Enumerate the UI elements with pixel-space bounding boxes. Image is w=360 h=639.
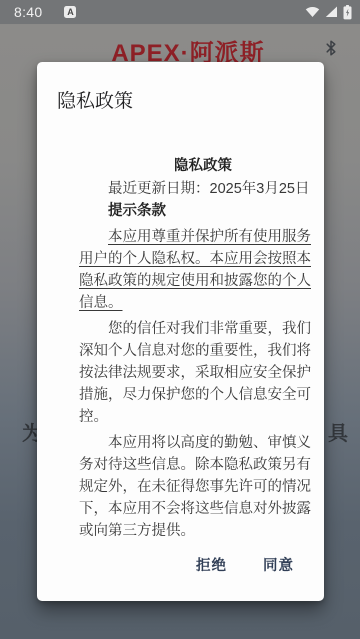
battery-charging-icon (343, 5, 352, 20)
dialog-title: 隐私政策 (57, 86, 304, 113)
privacy-policy-dialog: 隐私政策 隐私政策 最近更新日期：2025年3月25日 提示条款 本应用尊重并保… (37, 62, 324, 601)
status-bar: 8:40 A (0, 0, 360, 24)
notification-icon: A (64, 6, 76, 18)
policy-paragraph: 本应用将以高度的勤勉、审慎义务对待这些信息。除本隐私政策另有规定外，在未征得您事… (79, 432, 311, 542)
status-icons (305, 5, 352, 20)
agree-button[interactable]: 同意 (263, 554, 294, 575)
policy-text-body: 隐私政策 最近更新日期：2025年3月25日 提示条款 本应用尊重并保护所有使用… (79, 155, 311, 542)
background-text-fragment-right: 具 (328, 417, 348, 446)
policy-doc-title: 隐私政策 (79, 155, 311, 177)
policy-updated-date: 最近更新日期：2025年3月25日 (79, 178, 311, 200)
cellular-signal-icon (325, 6, 338, 18)
wifi-icon (305, 6, 320, 18)
policy-paragraph: 您的信任对我们非常重要，我们深知个人信息对您的重要性，我们将按法律法规要求，采取… (79, 318, 311, 428)
clock: 8:40 (14, 4, 42, 20)
dialog-button-row: 拒绝 同意 (37, 554, 324, 601)
policy-paragraph: 本应用尊重并保护所有使用服务用户的个人隐私权。本应用会按照本隐私政策的规定使用和… (79, 226, 311, 314)
policy-section-heading: 提示条款 (79, 200, 311, 222)
reject-button[interactable]: 拒绝 (196, 554, 227, 575)
bluetooth-icon (324, 38, 338, 63)
